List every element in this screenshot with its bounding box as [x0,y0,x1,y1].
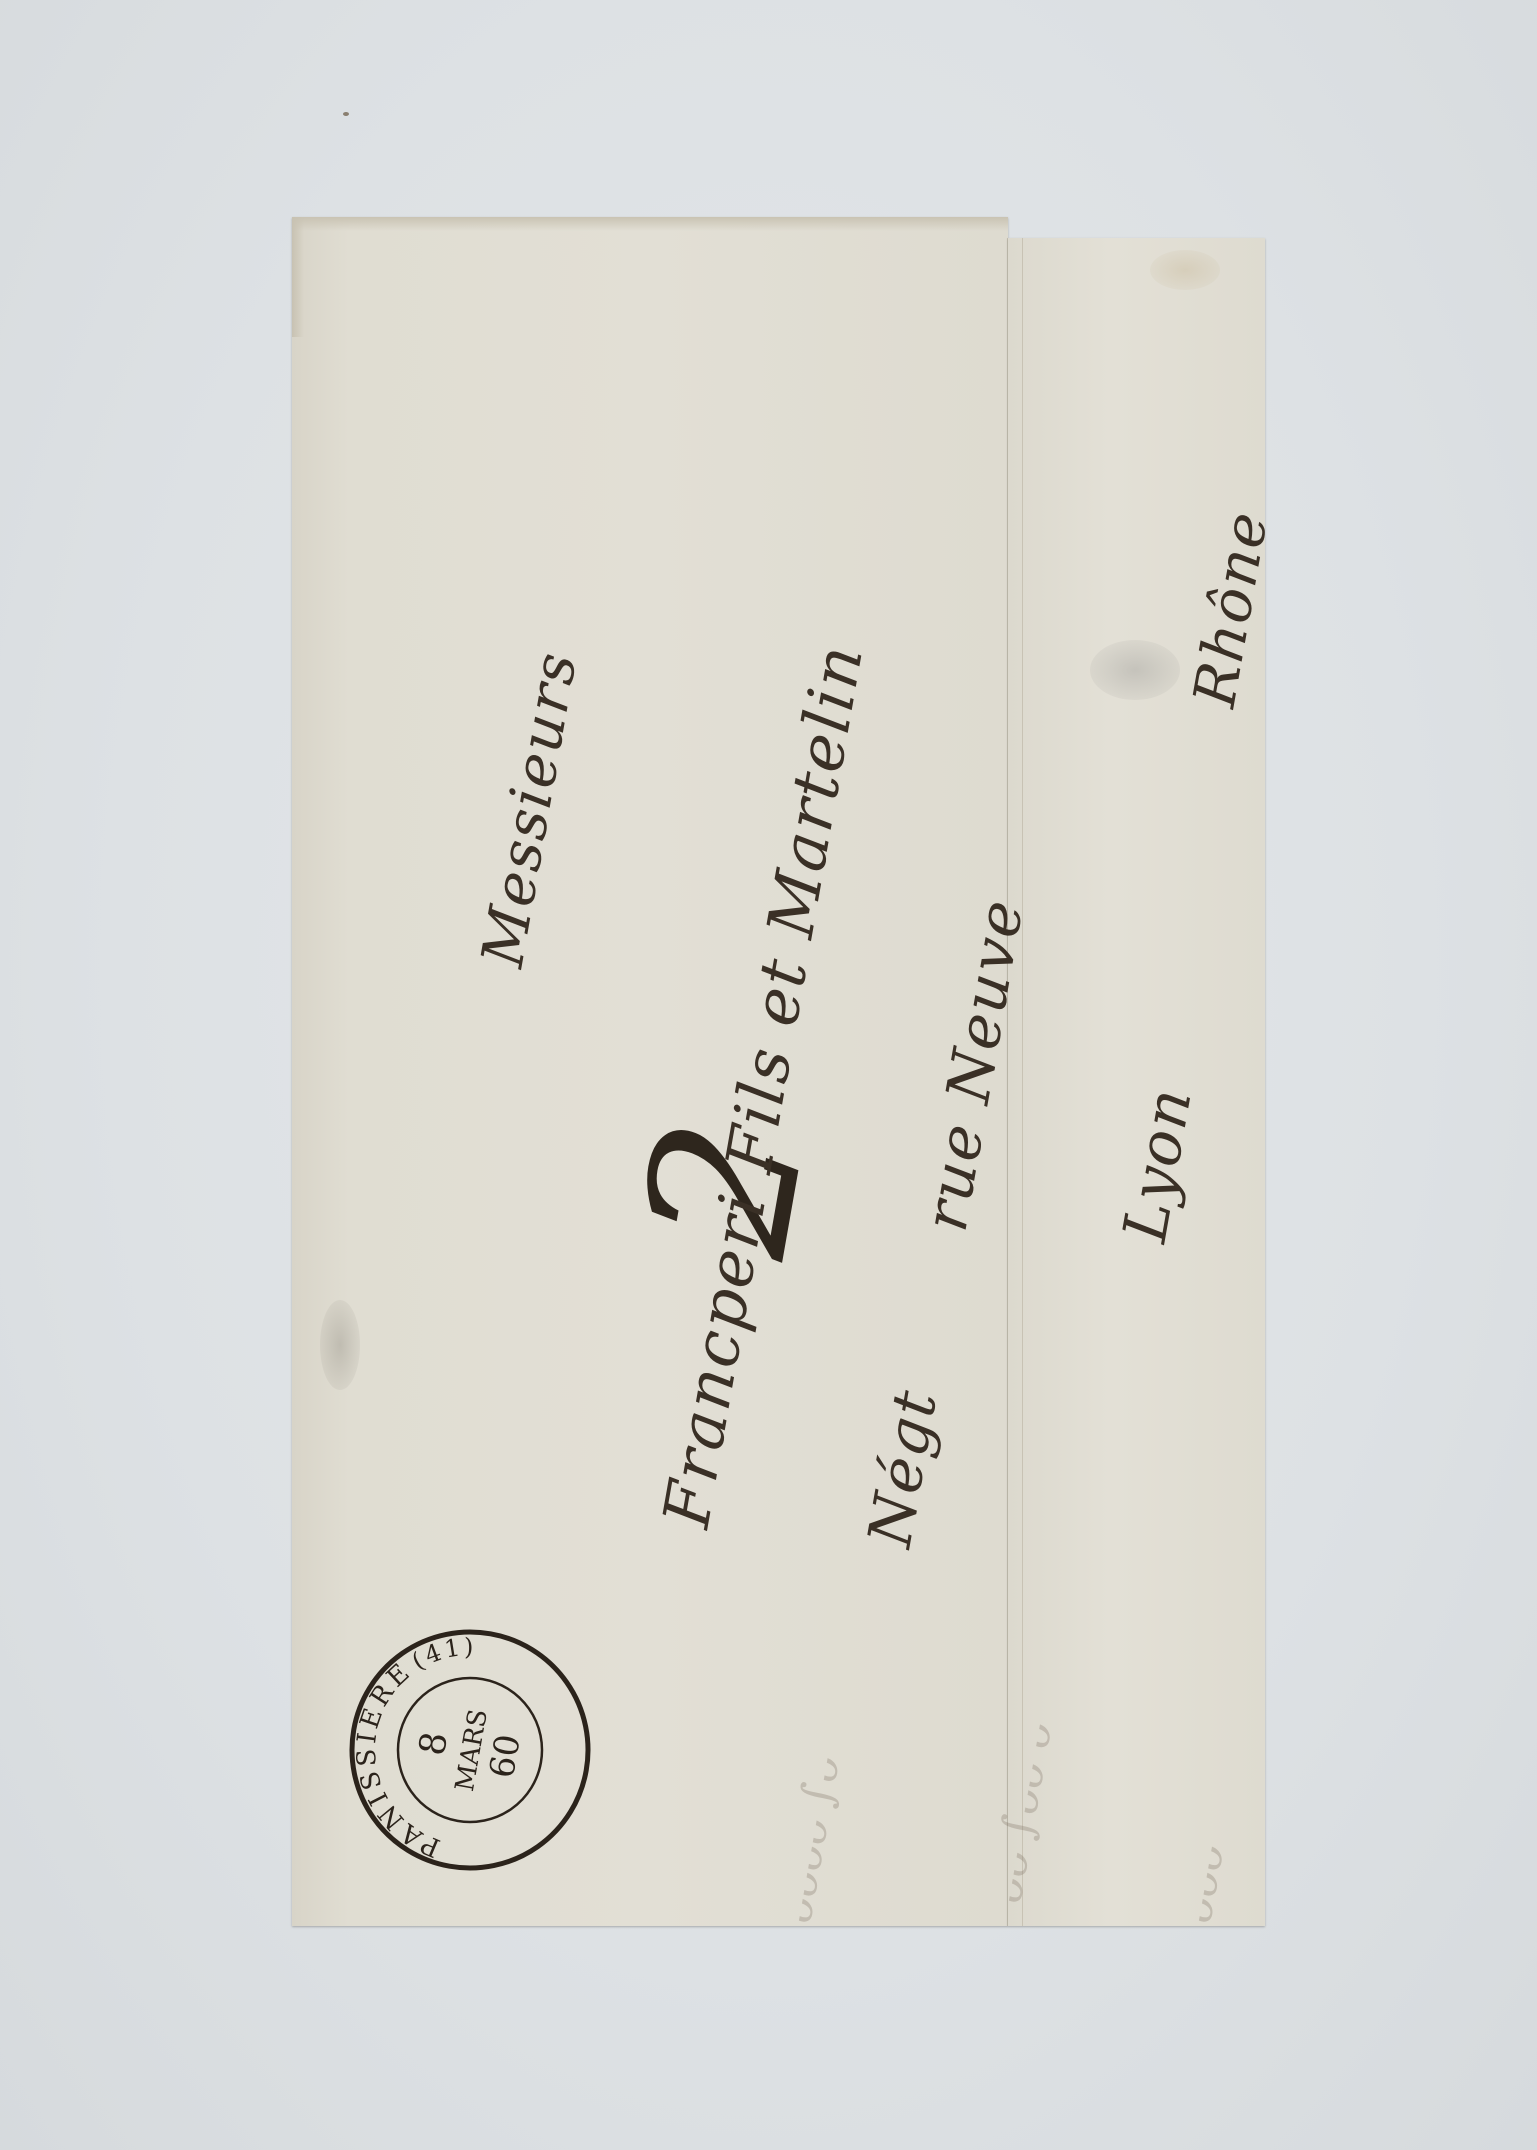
dirt-smudge [320,1300,360,1390]
svg-text:8: 8 [412,1729,456,1759]
worn-left-corner [292,217,304,337]
svg-text:60: 60 [482,1731,529,1781]
svg-text:PANISSIÈRE: PANISSIÈRE [345,1650,474,1864]
fold-crease [1022,238,1023,1926]
postmark-stamp: PANISSIÈRE (41) 8 MARS 60 [345,1625,595,1875]
foxing-stain [1150,250,1220,290]
folded-letter: ᴗᴗᴗᴗ ∫ᴗ ᴗᴗ ∫ᴗᴗ ᴗ ᴗᴗᴗ PANISSIÈRE (41) 8 M… [0,0,1537,2150]
worn-top-edge [292,217,1008,231]
postmark-circle-icon: PANISSIÈRE (41) 8 MARS 60 [345,1625,595,1875]
ink-smudge [1090,640,1180,700]
